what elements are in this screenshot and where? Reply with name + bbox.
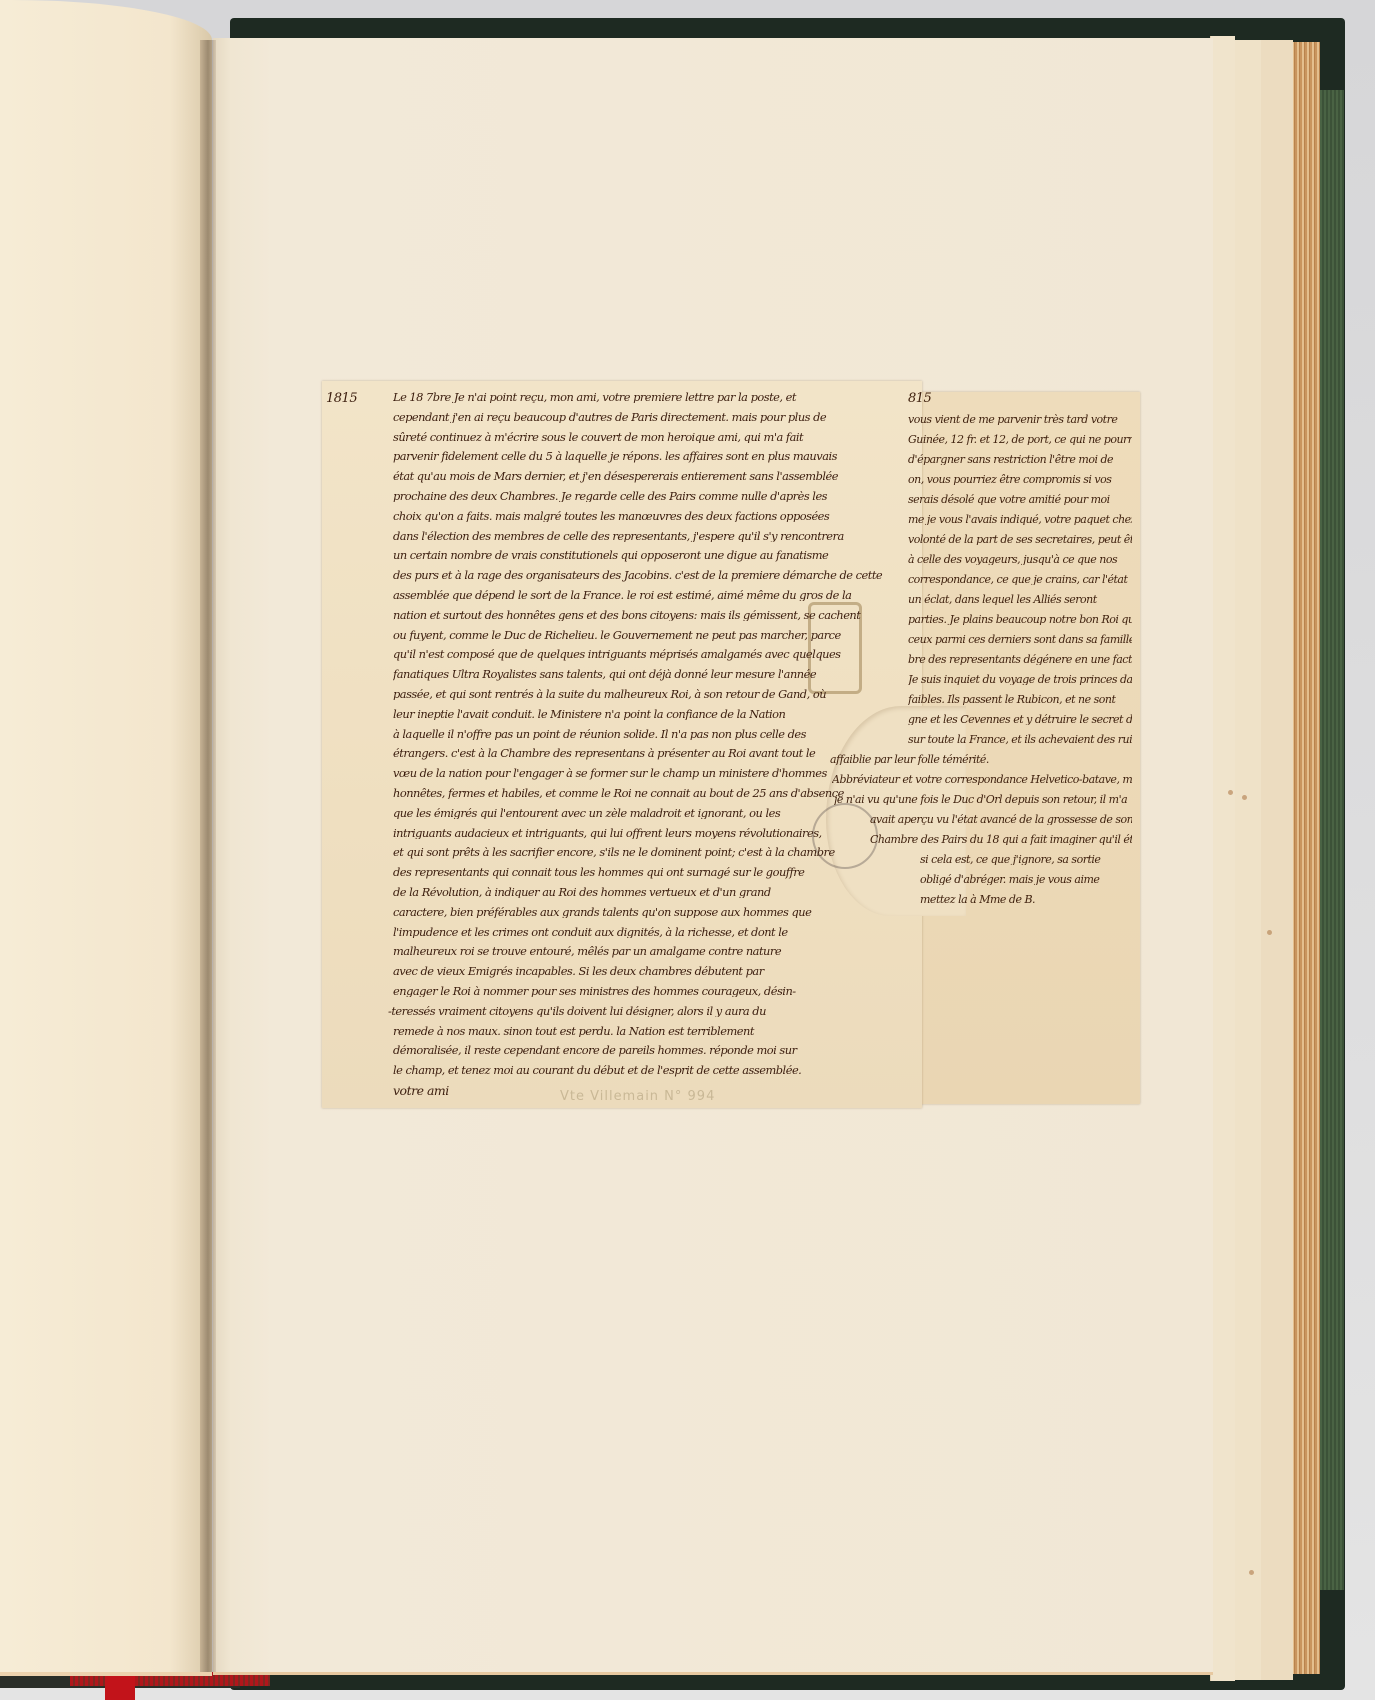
foxing-spot [1267, 930, 1272, 935]
letter-line: malheureux roi se trouve entouré, mêlés … [393, 946, 893, 957]
letter-line: leur ineptie l'avait conduit. le Ministe… [393, 709, 893, 720]
letter-line: serais désolé que votre amitié pour moi [908, 494, 1132, 505]
letter-line: mettez la à Mme de B. [920, 894, 1132, 905]
letter-line: démoralisée, il reste cependant encore d… [393, 1045, 893, 1056]
letter-line: à laquelle il n'offre pas un point de ré… [393, 729, 893, 740]
foxing-spot [1242, 795, 1247, 800]
letter-line: de la Révolution, à indiquer au Roi des … [393, 887, 893, 898]
letter-line: correspondance, ce que je crains, car l'… [908, 574, 1132, 585]
letter-line: parties. Je plains beaucoup notre bon Ro… [908, 614, 1132, 625]
letter-year-margin: 1815 [326, 392, 357, 405]
letter-line: fanatiques Ultra Royalistes sans talents… [393, 669, 893, 680]
letter-line: obligé d'abréger. mais je vous aime [920, 874, 1132, 885]
letter-line: dans l'élection des membres de celle des… [393, 531, 893, 542]
letter-line: passée, et qui sont rentrés à la suite d… [393, 689, 893, 700]
letter-line: choix qu'on a faits. mais malgré toutes … [393, 511, 893, 522]
letter-line: ceux parmi ces derniers sont dans sa fam… [908, 634, 1132, 645]
page-block-edge [1290, 42, 1320, 1674]
letter-line: état qu'au mois de Mars dernier, et j'en… [393, 471, 893, 482]
letter-line: si cela est, ce que j'ignore, sa sortie [920, 854, 1132, 865]
letter-line: gne et les Cevennes et y détruire le sec… [908, 714, 1132, 725]
letter-line: avec de vieux Emigrés incapables. Si les… [393, 966, 893, 977]
letter-year-right: 815 [908, 392, 931, 405]
letter-line: parvenir fidelement celle du 5 à laquell… [393, 451, 893, 462]
letter-line: l'impudence et les crimes ont conduit au… [393, 927, 893, 938]
letter-line: sur toute la France, et ils achevaient d… [908, 734, 1132, 745]
foxing-spot [1249, 1570, 1254, 1575]
letter-line: le champ, et tenez moi au courant du déb… [393, 1065, 893, 1076]
letter-line: me je vous l'avais indiqué, votre paquet… [908, 514, 1132, 525]
letter-line: à celle des voyageurs, jusqu'à ce que no… [908, 554, 1132, 565]
letter-line: et qui sont prêts à les sacrifier encore… [393, 847, 893, 858]
letter-closing: votre ami [393, 1085, 449, 1098]
letter-line: Guinée, 12 fr. et 12, de port, ce qui ne… [908, 434, 1132, 445]
letter-line: honnêtes, fermes et habiles, et comme le… [393, 788, 893, 799]
letter-line: engager le Roi à nommer pour ses ministr… [393, 986, 893, 997]
letter-line: des purs et à la rage des organisateurs … [393, 570, 893, 581]
letter-line: étrangers. c'est à la Chambre des repres… [393, 748, 893, 759]
letter-line: assemblée que dépend le sort de la Franc… [393, 590, 893, 601]
book-gutter [200, 40, 216, 1672]
letter-line: un éclat, dans lequel les Alliés seront [908, 594, 1132, 605]
letter-line: affaiblie par leur folle témérité. [830, 754, 1132, 765]
letter-line: vœu de la nation pour l'engager à se for… [393, 768, 893, 779]
page-edge [1232, 40, 1261, 1680]
letter-line: sûreté continuez à m'écrire sous le couv… [393, 432, 893, 443]
letter-line: Je suis inquiet du voyage de trois princ… [908, 674, 1132, 685]
letter-line: qu'il n'est composé que de quelques intr… [393, 649, 893, 660]
letter-line: remede à nos maux. sinon tout est perdu.… [393, 1026, 893, 1037]
letter-line: on, vous pourriez être compromis si vos [908, 474, 1132, 485]
left-page [0, 0, 212, 1676]
letter-line: faibles. Ils passent le Rubicon, et ne s… [908, 694, 1132, 705]
foxing-spot [1228, 790, 1233, 795]
letter-line: des representants qui connait tous les h… [393, 867, 893, 878]
letter-line: je n'ai vu qu'une fois le Duc d'Orl depu… [834, 794, 1132, 805]
page-edge [1258, 40, 1293, 1680]
letter-line: nation et surtout des honnêtes gens et d… [393, 610, 893, 621]
cover-cloth-edge [1318, 90, 1344, 1590]
ribbon-bookmark [105, 1672, 135, 1700]
letter-line: Abbréviateur et votre correspondance Hel… [832, 774, 1132, 785]
letter-line: volonté de la part de ses secretaires, p… [908, 534, 1132, 545]
letter-line: avait aperçu vu l'état avancé de la gros… [870, 814, 1132, 825]
letter-line: bre des representants dégénere en une fa… [908, 654, 1132, 665]
letter-line: que les émigrés qui l'entourent avec un … [393, 808, 893, 819]
page-edge [1210, 36, 1235, 1681]
letter-line: cependant j'en ai reçu beaucoup d'autres… [393, 412, 893, 423]
letter-line: vous vient de me parvenir très tard votr… [908, 414, 1132, 425]
letter-line: -teressés vraiment citoyens qu'ils doive… [388, 1006, 888, 1017]
letter-line: un certain nombre de vrais constitutione… [393, 550, 893, 561]
letter-line: prochaine des deux Chambres. Je regarde … [393, 491, 893, 502]
letter-line: Le 18 7bre Je n'ai point reçu, mon ami, … [393, 392, 893, 403]
letter-line: Chambre des Pairs du 18 qui a fait imagi… [870, 834, 1132, 845]
pencil-inventory-note: Vte Villemain N° 994 [560, 1090, 715, 1103]
letter-line: d'épargner sans restriction l'être moi d… [908, 454, 1132, 465]
letter-line: ou fuyent, comme le Duc de Richelieu. le… [393, 630, 893, 641]
letter-line: intriguants audacieux et intriguants, qu… [393, 828, 893, 839]
letter-line: caractere, bien préférables aux grands t… [393, 907, 893, 918]
